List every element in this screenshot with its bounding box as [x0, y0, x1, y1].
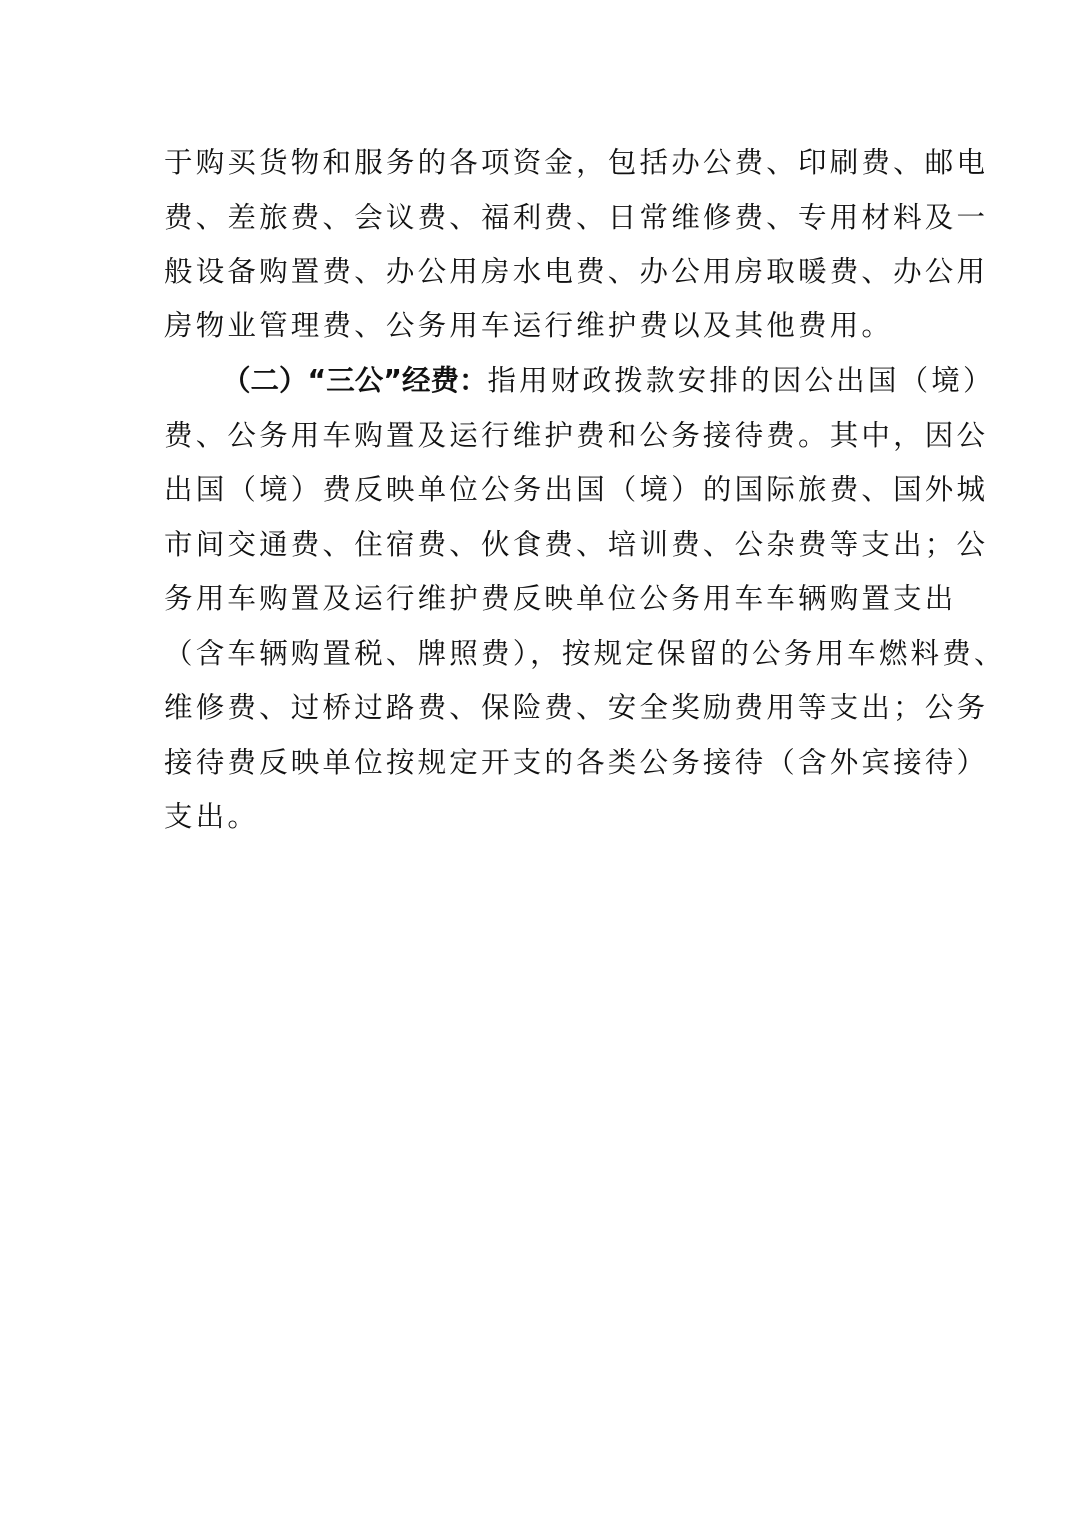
- document-page: 于购买货物和服务的各项资金，包括办公费、印刷费、邮电 费、差旅费、会议费、福利费…: [0, 0, 1074, 1520]
- text-line: 支出。: [164, 797, 914, 837]
- section-heading: （二）“三公”经费：: [222, 364, 487, 397]
- text-line: 般设备购置费、办公用房水电费、办公用房取暖费、办公用: [164, 252, 914, 292]
- text-line: 房物业管理费、公务用车运行维护费以及其他费用。: [164, 306, 914, 346]
- heading-continuation: 指用财政拨款安排的因公出国（境）: [487, 364, 994, 397]
- text-line: 费、公务用车购置及运行维护费和公务接待费。其中，因公: [164, 416, 914, 456]
- text-line: 市间交通费、住宿费、伙食费、培训费、公杂费等支出；公: [164, 525, 914, 565]
- text-line: 出国（境）费反映单位公务出国（境）的国际旅费、国外城: [164, 470, 914, 510]
- text-line: （含车辆购置税、牌照费），按规定保留的公务用车燃料费、: [164, 634, 914, 674]
- text-line: 费、差旅费、会议费、福利费、日常维修费、专用材料及一: [164, 198, 914, 238]
- text-line: 于购买货物和服务的各项资金，包括办公费、印刷费、邮电: [164, 143, 914, 183]
- text-line: 接待费反映单位按规定开支的各类公务接待（含外宾接待）: [164, 743, 914, 783]
- text-line: （二）“三公”经费：指用财政拨款安排的因公出国（境）: [222, 361, 914, 401]
- text-line: 务用车购置及运行维护费反映单位公务用车车辆购置支出: [164, 579, 914, 619]
- text-line: 维修费、过桥过路费、保险费、安全奖励费用等支出；公务: [164, 688, 914, 728]
